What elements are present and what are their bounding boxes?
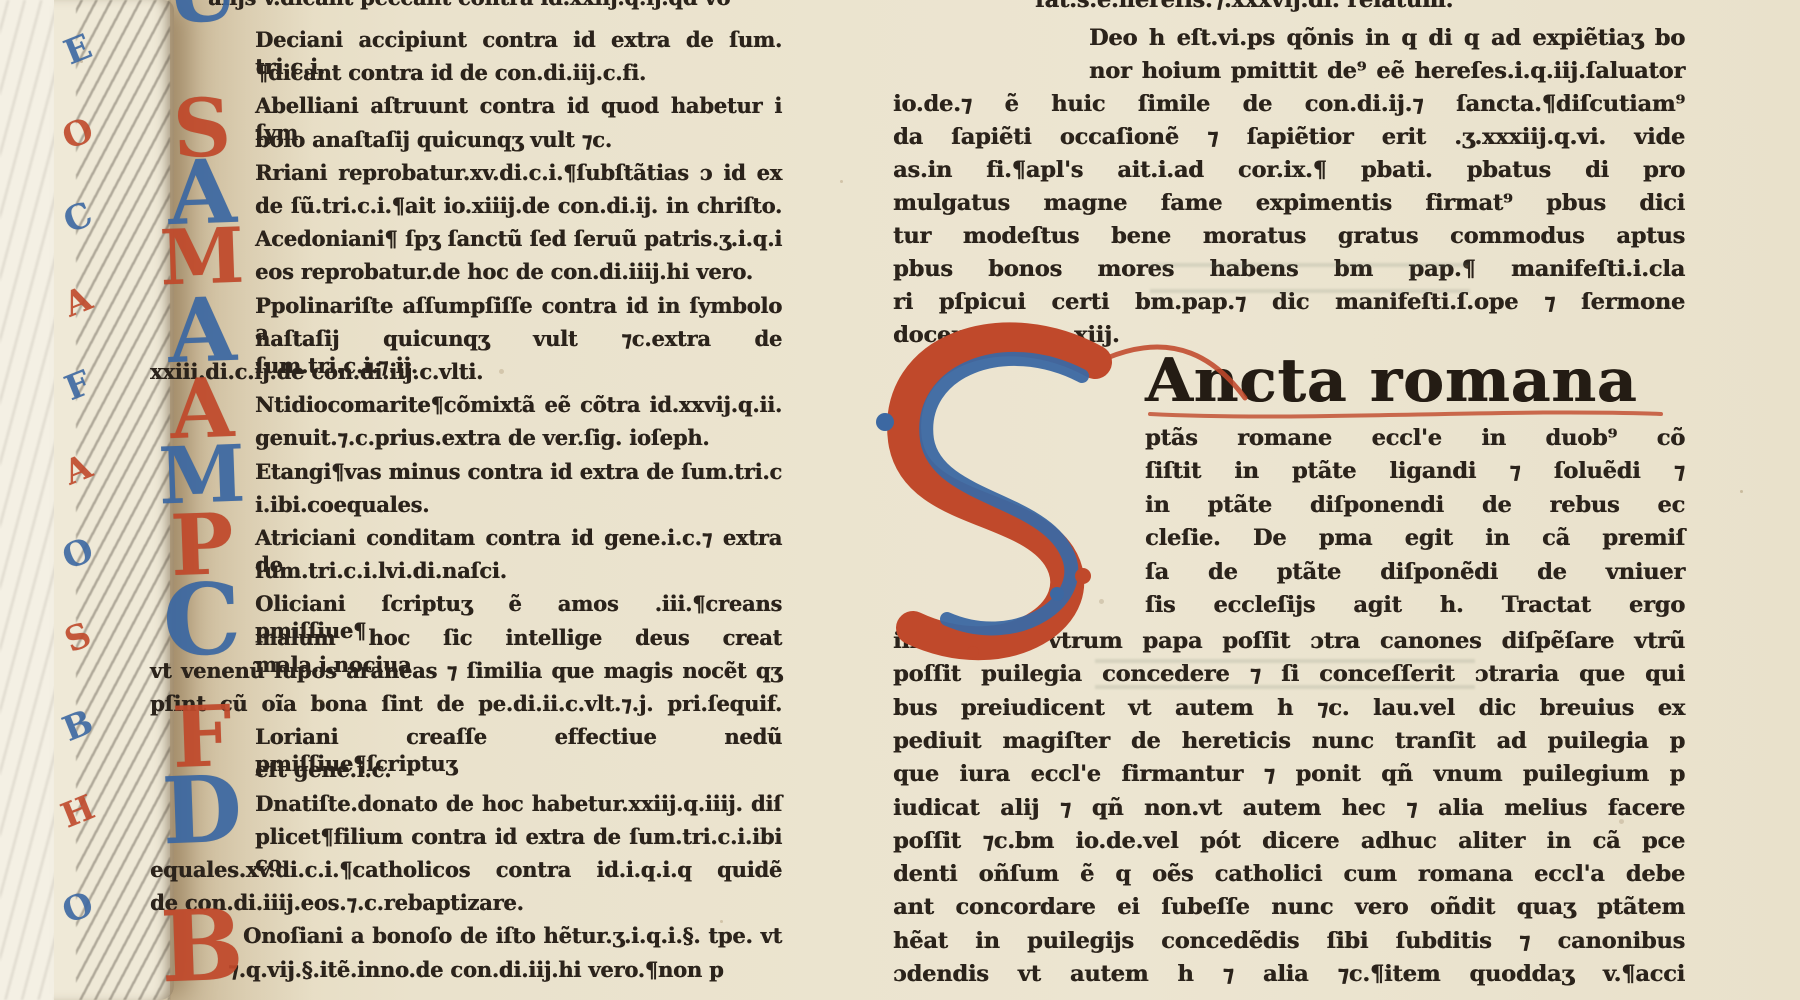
text-line: da ſapiẽti occaſionẽ ⁊ ſapiẽtior erit .ʒ… xyxy=(893,123,1685,151)
text-line: iudicat alij ⁊ qñ non.vt autem hec ⁊ ali… xyxy=(893,794,1685,822)
illuminated-initial-b: B xyxy=(148,900,255,994)
text-line: pediuit magiſter de hereticis nunc tranſ… xyxy=(893,727,1685,755)
text-line: io.de.⁊ ẽ huic ſimile de con.di.ij.⁊ ſan… xyxy=(893,90,1685,118)
text-line: alijs v.dicant peccant contra id.xxiij.q… xyxy=(208,0,730,11)
text-line: genuit.⁊.c.prius.extra de ver.ſig. ioſep… xyxy=(255,424,709,451)
text-line: poſſit ⁊c.bm io.de.vel pót dicere adhuc … xyxy=(893,827,1685,855)
text-line: Etangi¶vas minus contra id extra de ſum.… xyxy=(255,458,782,485)
previous-page-margin xyxy=(0,0,56,1000)
text-line: as.in fi.¶apl's ait.i.ad cor.ix.¶ pbati.… xyxy=(893,156,1685,184)
illuminated-initial-d: D xyxy=(149,766,256,854)
text-line: Deo h eſt.vi.ps qõnis in q di q ad expiẽ… xyxy=(1089,24,1685,52)
illuminated-initial-u: U xyxy=(149,0,256,33)
text-line: que iura eccl'e firmantur ⁊ ponit qñ vnu… xyxy=(893,760,1685,788)
text-line: eos reprobatur.de hoc de con.di.iiij.hi … xyxy=(255,258,753,285)
text-line: denti oñſum ẽ q oẽs catholici cum romana… xyxy=(893,860,1685,888)
text-line: de ſũ.tri.c.i.¶ait io.xiiij.de con.di.ij… xyxy=(255,192,782,219)
text-line: nor hoium pmittit de⁹ eẽ hereſes.i.q.iij… xyxy=(1089,57,1685,85)
text-line: hẽat in puilegijs concedẽdis ſibi ſubdit… xyxy=(893,927,1685,955)
book-page-photo: EOCAFAOSBHO alijs v.dicant peccant contr… xyxy=(0,0,1800,1000)
text-line: ɔdendis vt autem h ⁊ alia ⁊c.¶item quodd… xyxy=(893,960,1685,988)
text-line: tur modeſtus bene moratus gratus commodu… xyxy=(893,222,1685,250)
show-through-text xyxy=(1150,262,1470,302)
text-line: Acedoniani¶ ſpʒ ſanctũ ſed ſeruũ patris.… xyxy=(255,225,782,252)
illuminated-initial-c: C xyxy=(148,574,255,668)
show-through-text xyxy=(1095,652,1475,698)
text-line: ant concordare ei ſubeſſe nunc vero oñdi… xyxy=(893,893,1685,921)
text-line: bolo anaſtaſij quicunqʒ vult ⁊c. xyxy=(255,126,612,153)
ornamental-initial-s xyxy=(855,322,1675,682)
text-line: fat.s.e.hereſis.⁊.xxxvij.di. relatum. xyxy=(1035,0,1453,14)
text-line: Rriani reprobatur.xv.di.c.i.¶ſubſtãtias … xyxy=(255,159,782,186)
text-line: mulgatus magne fame expimentis firmat⁹ p… xyxy=(893,189,1685,217)
paper-specks xyxy=(80,60,83,63)
text-line: Dnatiſte.donato de hoc habetur.xxiij.q.i… xyxy=(255,790,782,817)
text-line: Ntidiocomarite¶cõmixtã eẽ cõtra id.xxvij… xyxy=(255,391,782,418)
text-line: Onoſiani a bonoſo de iſto hẽtur.ʒ.i.q.i.… xyxy=(243,922,782,949)
previous-page-faint-text xyxy=(0,0,56,1000)
text-line: ſum.tri.c.i.lvi.di.naſci. xyxy=(255,557,507,584)
text-line: ¶dicant contra id de con.di.iij.c.fi. xyxy=(255,59,646,86)
text-line: eſt gene.i.c. xyxy=(255,756,391,783)
text-line: equales.xv.di.c.i.¶catholicos contra id.… xyxy=(150,856,782,883)
text-line: i.ibi.coequales. xyxy=(255,491,429,518)
text-line: ⁊.q.vij.§.itẽ.inno.de con.di.iij.hi vero… xyxy=(228,956,723,983)
